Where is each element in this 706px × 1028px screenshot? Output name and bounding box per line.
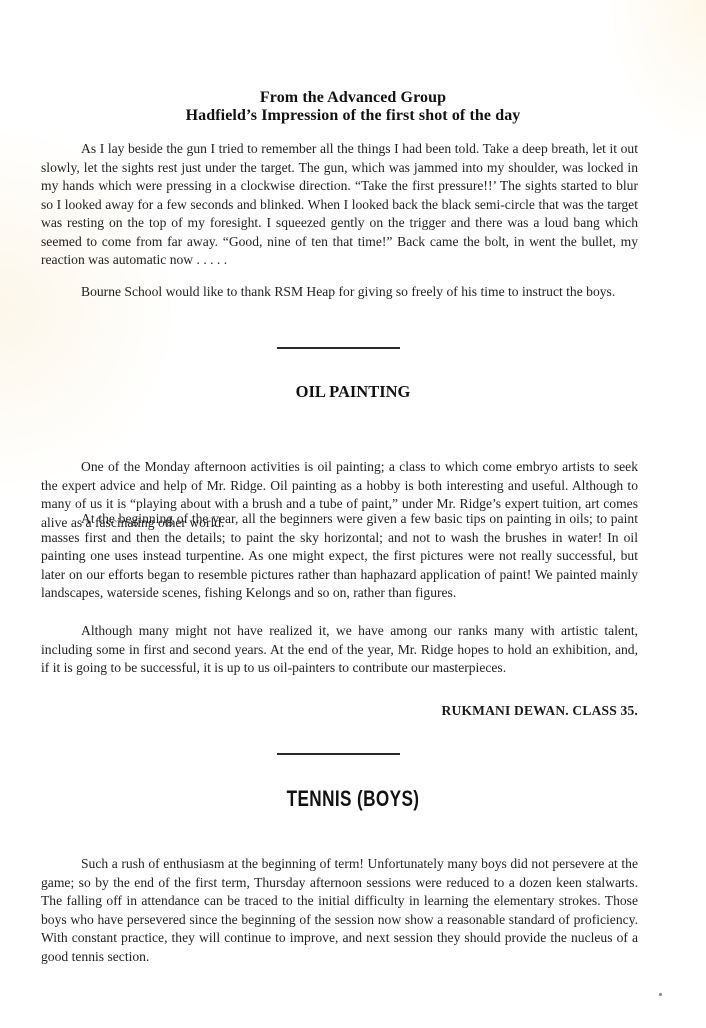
advanced-group-title: From the Advanced Group (0, 89, 706, 107)
oil-painting-paragraph: Although many might not have realized it… (41, 622, 638, 678)
tennis-boys-title: TENNIS (BOYS) (78, 786, 629, 812)
advanced-group-thanks-paragraph: Bourne School would like to thank RSM He… (41, 283, 638, 302)
tennis-paragraph: Such a rush of enthusiasm at the beginni… (41, 855, 638, 966)
author-signature: RUKMANI DEWAN. CLASS 35. (442, 703, 638, 719)
oil-painting-paragraph: At the beginning of the year, all the be… (41, 510, 638, 603)
paper-speck (659, 993, 662, 996)
advanced-group-paragraph: As I lay beside the gun I tried to remem… (41, 140, 638, 270)
section-divider (277, 753, 400, 755)
advanced-group-heading: From the Advanced Group Hadfield’s Impre… (0, 89, 706, 125)
advanced-group-subtitle: Hadfield’s Impression of the first shot … (0, 107, 706, 125)
section-divider (277, 347, 400, 349)
oil-painting-title: OIL PAINTING (0, 382, 706, 402)
document-page: From the Advanced Group Hadfield’s Impre… (0, 0, 706, 1028)
